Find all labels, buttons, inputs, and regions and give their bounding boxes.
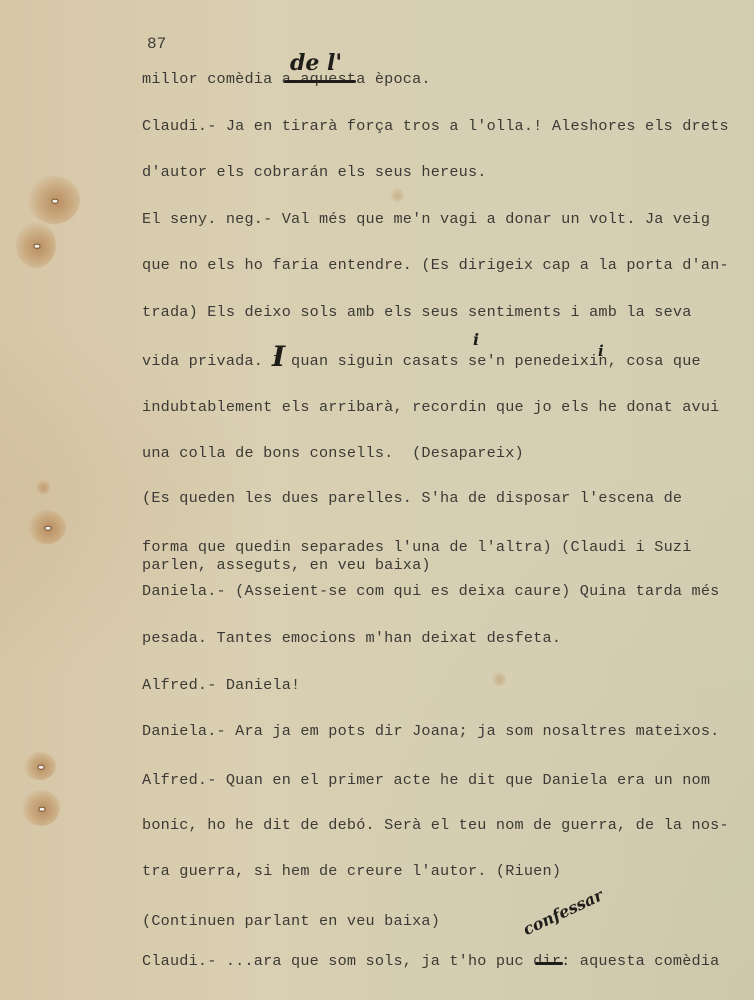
strikethrough-aquesta — [284, 80, 356, 83]
text-line: trada) Els deixo sols amb els seus senti… — [142, 303, 692, 321]
text-line: que no els ho faria entendre. (Es dirige… — [142, 256, 729, 274]
text-line: parlen, asseguts, en veu baixa) — [142, 556, 431, 574]
text-line: Alfred.- Daniela! — [142, 676, 300, 694]
rust-stain — [36, 480, 50, 494]
handwritten-i-insert: i — [598, 342, 604, 360]
rust-stain — [22, 790, 60, 826]
text-line: tra guerra, si hem de creure l'autor. (R… — [142, 862, 561, 880]
text-line: Claudi.- Ja en tirarà força tros a l'oll… — [142, 117, 729, 135]
text-line: d'autor els cobrarán els seus hereus. — [142, 163, 487, 181]
strikethrough-dir — [535, 962, 563, 965]
staple-hole — [46, 527, 51, 530]
staple-hole — [53, 200, 58, 203]
text-line: Claudi.- ...ara que som sols, ja t'ho pu… — [142, 952, 719, 970]
text-line: una colla de bons consells. (Desapareix) — [142, 444, 524, 462]
text-line: vida privada. I quan siguin casats se'n … — [142, 352, 701, 370]
text-line: Daniela.- Ara ja em pots dir Joana; ja s… — [142, 722, 719, 740]
rust-stain — [24, 752, 56, 780]
rust-stain — [28, 176, 80, 224]
text-line: bonic, ho he dit de debó. Serà el teu no… — [142, 816, 729, 834]
text-line: (Continuen parlant en veu baixa) — [142, 912, 440, 930]
text-line: El seny. neg.- Val més que me'n vagi a d… — [142, 210, 710, 228]
text-line: forma que quedin separades l'una de l'al… — [142, 538, 692, 556]
text-line: pesada. Tantes emocions m'han deixat des… — [142, 629, 561, 647]
text-line: millor comèdia a aquesta època. — [142, 70, 431, 88]
text-line: Alfred.- Quan en el primer acte he dit q… — [142, 771, 710, 789]
rust-stain — [28, 510, 66, 544]
staple-hole — [40, 808, 45, 811]
page-number: 87 — [147, 35, 166, 53]
text-line: (Es queden les dues parelles. S'ha de di… — [142, 489, 682, 507]
small-stain — [390, 188, 404, 202]
small-stain — [492, 672, 506, 686]
staple-hole — [35, 245, 40, 248]
handwritten-capital-i: I — [272, 340, 285, 373]
rust-stain — [16, 222, 56, 268]
text-line: indubtablement els arribarà, recordin qu… — [142, 398, 719, 416]
handwritten-confessar: confessar — [520, 885, 606, 939]
staple-hole — [39, 766, 44, 769]
handwritten-de-l: de l' — [290, 50, 342, 76]
text-line: Daniela.- (Asseient-se com qui es deixa … — [142, 582, 719, 600]
handwritten-i-insert: i — [473, 330, 479, 349]
